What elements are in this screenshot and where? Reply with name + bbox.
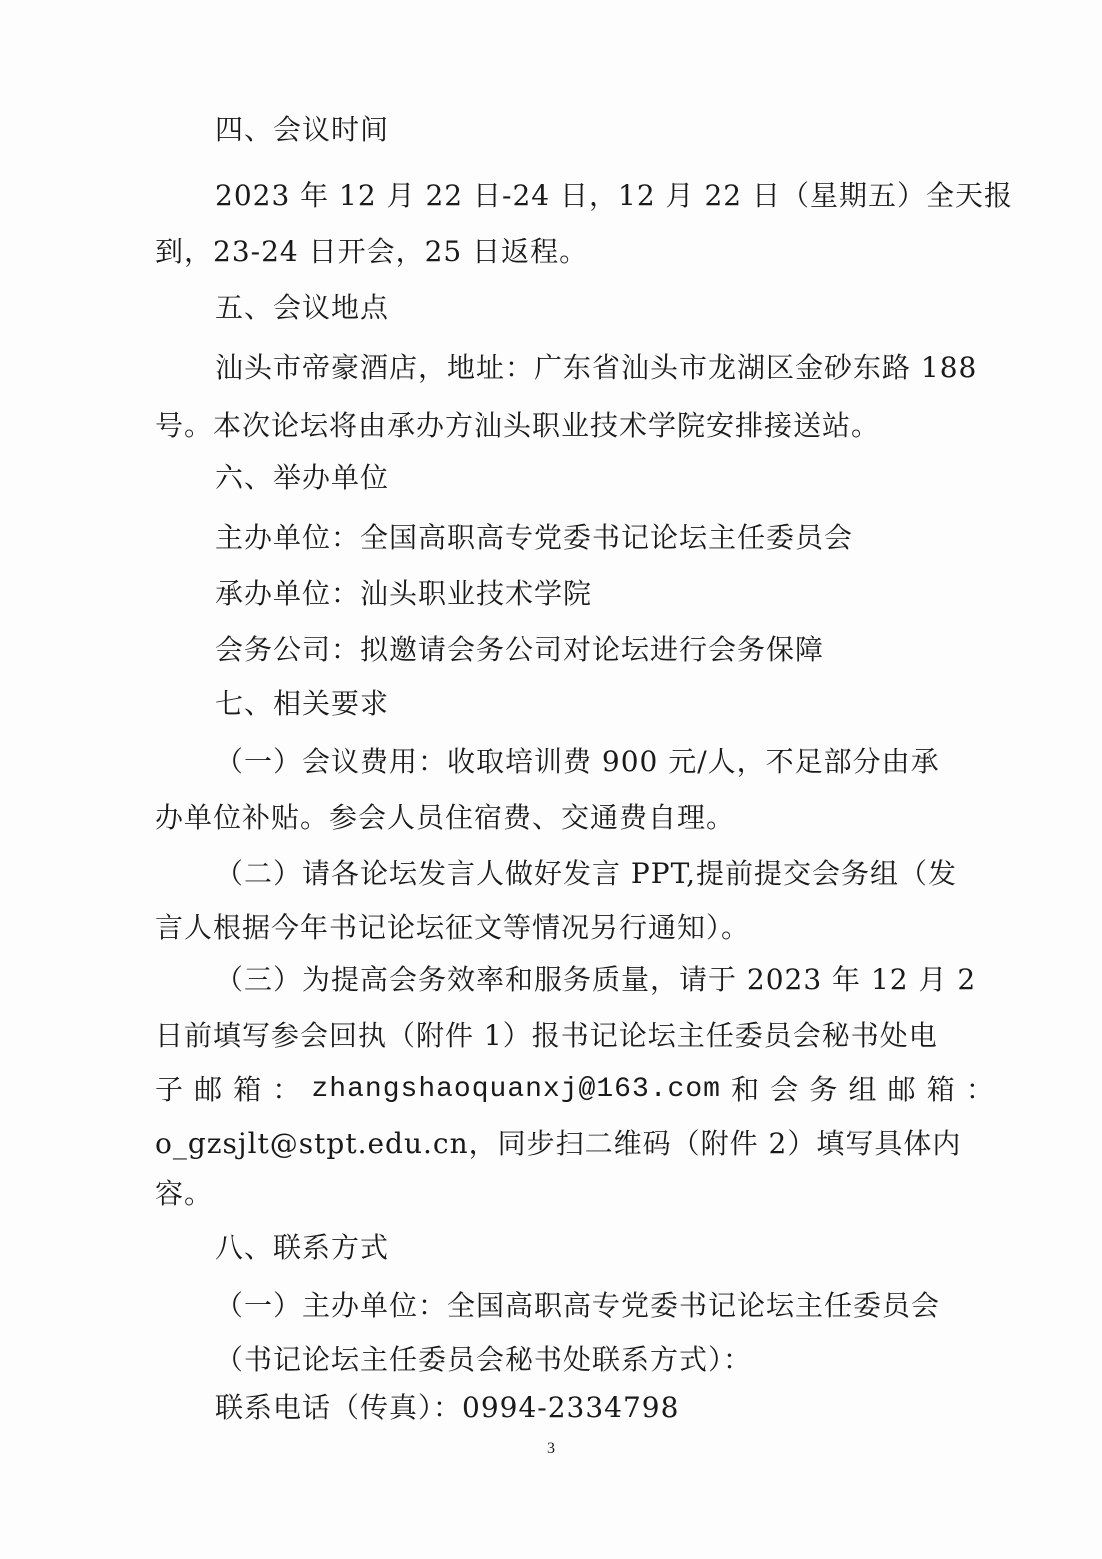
section-heading-meeting-time: 四、会议时间 — [215, 112, 389, 148]
paragraph-line: o_gzsjlt@stpt.edu.cn，同步扫二维码（附件 2）填写具体内 — [155, 1126, 961, 1162]
paragraph-line: （三）为提高会务效率和服务质量，请于 2023 年 12 月 2 — [215, 962, 976, 998]
paragraph-line: 办单位补贴。参会人员住宿费、交通费自理。 — [155, 800, 735, 836]
page-number: 3 — [0, 1440, 1102, 1458]
paragraph-line: 2023 年 12 月 22 日-24 日，12 月 22 日（星期五）全天报 — [215, 178, 1013, 214]
paragraph-line: （一）会议费用：收取培训费 900 元/人，不足部分由承 — [215, 744, 940, 780]
paragraph-line: 到，23-24 日开会，25 日返程。 — [155, 234, 588, 270]
contact-phone-line: 联系电话（传真）：0994-2334798 — [215, 1390, 679, 1426]
paragraph-line: （一）主办单位：全国高职高专党委书记论坛主任委员会 — [215, 1288, 940, 1324]
email-line: 子 邮 箱 ： zhangshaoquanxj@163.com 和 会 务 组 … — [155, 1072, 995, 1108]
secretariat-email: zhangshaoquanxj@163.com — [312, 1072, 721, 1108]
paragraph-line: （书记论坛主任委员会秘书处联系方式）： — [215, 1342, 752, 1378]
paragraph-line: 言人根据今年书记论坛征文等情况另行通知）。 — [155, 910, 750, 946]
section-heading-organizers: 六、举办单位 — [215, 460, 389, 496]
section-heading-contact: 八、联系方式 — [215, 1230, 389, 1266]
conference-company-line: 会务公司：拟邀请会务公司对论坛进行会务保障 — [215, 632, 824, 668]
host-unit-line: 主办单位：全国高职高专党委书记论坛主任委员会 — [215, 520, 853, 556]
paragraph-line: （二）请各论坛发言人做好发言 PPT,提前提交会务组（发 — [215, 856, 957, 892]
paragraph-line: 日前填写参会回执（附件 1）报书记论坛主任委员会秘书处电 — [155, 1018, 938, 1054]
organizer-unit-line: 承办单位：汕头职业技术学院 — [215, 576, 592, 612]
paragraph-line: 号。本次论坛将由承办方汕头职业技术学院安排接送站。 — [155, 408, 880, 444]
paragraph-line: 汕头市帝豪酒店，地址：广东省汕头市龙湖区金砂东路 188 — [215, 350, 977, 386]
paragraph-line: 容。 — [155, 1176, 213, 1212]
document-page: 四、会议时间 2023 年 12 月 22 日-24 日，12 月 22 日（星… — [0, 0, 1102, 1559]
section-heading-meeting-venue: 五、会议地点 — [215, 290, 389, 326]
section-heading-requirements: 七、相关要求 — [215, 686, 389, 722]
